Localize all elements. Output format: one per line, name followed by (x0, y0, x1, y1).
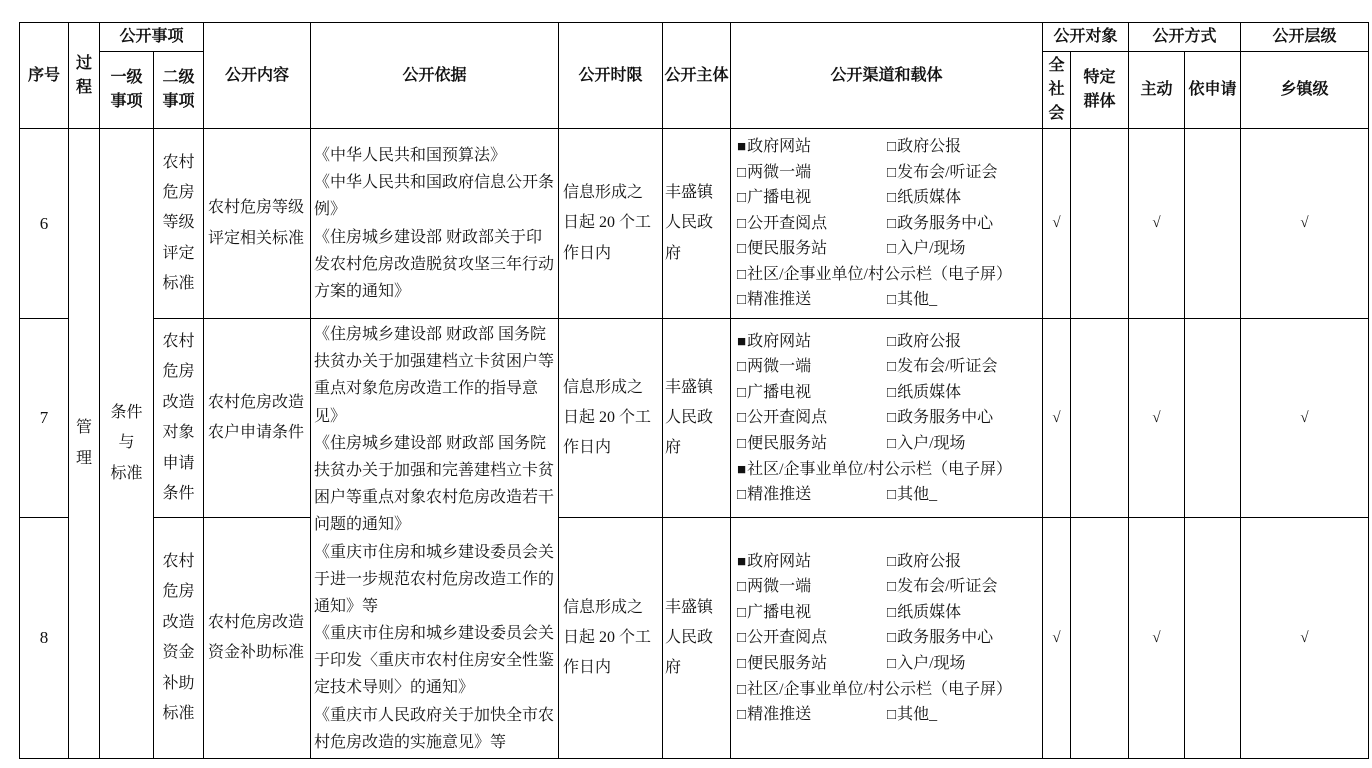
channel-option: ■社区/企事业单位/村公示栏（电子屏） (737, 457, 1042, 483)
channel-option: □政务服务中心 (887, 211, 1042, 237)
unchecked-checkbox-icon: □ (737, 190, 746, 206)
table-row-8: 8 农村 危房 改造 资金 补助 标准 农村危房改造 资金补助标准 信息形成之日… (20, 518, 1369, 759)
channel-option-label: 纸质媒体 (897, 384, 961, 401)
row7-target-all-check: √ (1043, 319, 1071, 518)
channel-option: □政府公报 (887, 329, 1042, 355)
row7-channels: ■政府网站□政府公报□两微一端□发布会/听证会□广播电视□纸质媒体□公开查阅点□… (731, 319, 1043, 518)
channel-option-label: 入户/现场 (897, 655, 965, 672)
channel-option-label: 其他_ (897, 291, 937, 308)
channel-option-label: 政务服务中心 (897, 409, 993, 426)
channel-option-label: 入户/现场 (897, 240, 965, 257)
row8-level2-item: 农村 危房 改造 资金 补助 标准 (154, 518, 204, 759)
channel-option-label: 公开查阅点 (747, 409, 827, 426)
row8-content: 农村危房改造 资金补助标准 (204, 518, 311, 759)
unchecked-checkbox-icon: □ (737, 630, 746, 646)
channel-option: □精准推送 (737, 287, 887, 313)
row7-level2-item: 农村 危房 改造 对象 申请 条件 (154, 319, 204, 518)
unchecked-checkbox-icon: □ (887, 707, 896, 723)
unchecked-checkbox-icon: □ (737, 292, 746, 308)
channel-option-label: 政务服务中心 (897, 629, 993, 646)
unchecked-checkbox-icon: □ (737, 707, 746, 723)
unchecked-checkbox-icon: □ (737, 579, 746, 595)
channel-option-label: 便民服务站 (747, 435, 827, 452)
unchecked-checkbox-icon: □ (737, 605, 746, 621)
channel-option: □入户/现场 (887, 431, 1042, 457)
header-level1-item: 一级 事项 (100, 52, 154, 129)
channel-option: □入户/现场 (887, 651, 1042, 677)
row7-mode-active-check: √ (1129, 319, 1185, 518)
header-mode-group: 公开方式 (1129, 23, 1241, 52)
channel-option: ■政府网站 (737, 329, 887, 355)
checked-checkbox-icon: ■ (737, 139, 746, 155)
header-target-specific: 特定 群体 (1071, 52, 1129, 129)
header-level-group: 公开层级 (1241, 23, 1369, 52)
row7-subject: 丰盛镇人民政府 (663, 319, 731, 518)
channel-option: □其他_ (887, 287, 1042, 313)
cell-level1-group: 条件与 标准 (100, 129, 154, 759)
row6-time-limit: 信息形成之日起 20 个工作日内 (559, 129, 663, 319)
unchecked-checkbox-icon: □ (887, 579, 896, 595)
channel-option: □广播电视 (737, 380, 887, 406)
channel-option: □纸质媒体 (887, 600, 1042, 626)
header-target-all: 全 社 会 (1043, 52, 1071, 129)
unchecked-checkbox-icon: □ (887, 292, 896, 308)
channel-option-label: 广播电视 (747, 189, 811, 206)
channel-option-label: 纸质媒体 (897, 189, 961, 206)
channel-option: □入户/现场 (887, 236, 1042, 262)
channel-option-label: 入户/现场 (897, 435, 965, 452)
channel-option-label: 社区/企事业单位/村公示栏（电子屏） (747, 266, 1012, 283)
channel-option: ■政府网站 (737, 134, 887, 160)
channel-option: □其他_ (887, 702, 1042, 728)
header-time-limit: 公开时限 (559, 23, 663, 129)
channel-option: □纸质媒体 (887, 380, 1042, 406)
channel-option: □便民服务站 (737, 651, 887, 677)
row8-subject: 丰盛镇人民政府 (663, 518, 731, 759)
header-open-items: 公开事项 (100, 23, 204, 52)
channel-option: □发布会/听证会 (887, 354, 1042, 380)
unchecked-checkbox-icon: □ (737, 436, 746, 452)
row6-target-specific-check (1071, 129, 1129, 319)
unchecked-checkbox-icon: □ (737, 241, 746, 257)
unchecked-checkbox-icon: □ (887, 139, 896, 155)
header-mode-request: 依申请 (1185, 52, 1241, 129)
checked-checkbox-icon: ■ (737, 334, 746, 350)
cell-process-group: 管 理 (69, 129, 100, 759)
channel-option: □两微一端 (737, 354, 887, 380)
channel-option: □广播电视 (737, 600, 887, 626)
channel-option-label: 广播电视 (747, 384, 811, 401)
header-level-town: 乡镇级 (1241, 52, 1369, 129)
channel-option: □便民服务站 (737, 236, 887, 262)
unchecked-checkbox-icon: □ (737, 682, 746, 698)
header-level2-item: 二级 事项 (154, 52, 204, 129)
header-basis: 公开依据 (311, 23, 559, 129)
channel-option-label: 政府网站 (747, 138, 811, 155)
channel-option: □其他_ (887, 482, 1042, 508)
channel-option: □纸质媒体 (887, 185, 1042, 211)
channel-option: □两微一端 (737, 160, 887, 186)
unchecked-checkbox-icon: □ (737, 410, 746, 426)
channel-option-label: 精准推送 (747, 486, 811, 503)
channel-option: □发布会/听证会 (887, 574, 1042, 600)
disclosure-table-document: 序号 过 程 公开事项 公开内容 公开依据 公开时限 公开主体 公开渠道和载体 … (19, 22, 1369, 759)
channel-option-label: 精准推送 (747, 291, 811, 308)
unchecked-checkbox-icon: □ (887, 630, 896, 646)
row6-level-town-check: √ (1241, 129, 1369, 319)
row6-content: 农村危房等级 评定相关标准 (204, 129, 311, 319)
channel-option-label: 公开查阅点 (747, 629, 827, 646)
row7-time-limit: 信息形成之日起 20 个工作日内 (559, 319, 663, 518)
row6-level2-item: 农村 危房 等级 评定 标准 (154, 129, 204, 319)
channel-option: □公开查阅点 (737, 625, 887, 651)
channel-option-label: 政府网站 (747, 553, 811, 570)
channel-option: □政府公报 (887, 549, 1042, 575)
table-row-7: 7 农村 危房 改造 对象 申请 条件 农村危房改造 农户申请条件 《住房城乡建… (20, 319, 1369, 518)
row6-basis: 《中华人民共和国预算法》 《中华人民共和国政府信息公开条例》 《住房城乡建设部 … (311, 129, 559, 319)
channel-option-label: 政府公报 (897, 333, 961, 350)
row7-level-town-check: √ (1241, 319, 1369, 518)
unchecked-checkbox-icon: □ (887, 656, 896, 672)
channel-option-label: 公开查阅点 (747, 215, 827, 232)
row8-mode-active-check: √ (1129, 518, 1185, 759)
row8-channels: ■政府网站□政府公报□两微一端□发布会/听证会□广播电视□纸质媒体□公开查阅点□… (731, 518, 1043, 759)
row8-target-all-check: √ (1043, 518, 1071, 759)
channel-option: □公开查阅点 (737, 405, 887, 431)
channel-option-label: 两微一端 (747, 358, 811, 375)
row7-seq: 7 (20, 319, 69, 518)
channel-option: □政务服务中心 (887, 405, 1042, 431)
channel-option-label: 发布会/听证会 (897, 358, 997, 375)
channel-option-label: 广播电视 (747, 604, 811, 621)
channel-option: □发布会/听证会 (887, 160, 1042, 186)
channel-option-label: 便民服务站 (747, 655, 827, 672)
channel-option-label: 便民服务站 (747, 240, 827, 257)
header-channels: 公开渠道和载体 (731, 23, 1043, 129)
channel-option: □广播电视 (737, 185, 887, 211)
header-target-group: 公开对象 (1043, 23, 1129, 52)
unchecked-checkbox-icon: □ (887, 190, 896, 206)
channel-option-label: 政府公报 (897, 553, 961, 570)
channel-option-label: 纸质媒体 (897, 604, 961, 621)
row8-mode-request-check (1185, 518, 1241, 759)
checked-checkbox-icon: ■ (737, 462, 746, 478)
unchecked-checkbox-icon: □ (737, 267, 746, 283)
channel-option-label: 两微一端 (747, 164, 811, 181)
row6-subject: 丰盛镇人民政府 (663, 129, 731, 319)
row8-level-town-check: √ (1241, 518, 1369, 759)
channel-option: ■政府网站 (737, 549, 887, 575)
row6-mode-active-check: √ (1129, 129, 1185, 319)
unchecked-checkbox-icon: □ (887, 554, 896, 570)
unchecked-checkbox-icon: □ (887, 410, 896, 426)
row6-mode-request-check (1185, 129, 1241, 319)
channel-option: □政务服务中心 (887, 625, 1042, 651)
row7-8-basis-merged: 《住房城乡建设部 财政部 国务院扶贫办关于加强建档立卡贫困户等重点对象危房改造工… (311, 319, 559, 759)
header-content: 公开内容 (204, 23, 311, 129)
unchecked-checkbox-icon: □ (887, 216, 896, 232)
row7-content: 农村危房改造 农户申请条件 (204, 319, 311, 518)
row7-mode-request-check (1185, 319, 1241, 518)
channel-option: □公开查阅点 (737, 211, 887, 237)
row8-time-limit: 信息形成之日起 20 个工作日内 (559, 518, 663, 759)
channel-option: □社区/企事业单位/村公示栏（电子屏） (737, 677, 1042, 703)
channel-option-label: 社区/企事业单位/村公示栏（电子屏） (747, 681, 1012, 698)
unchecked-checkbox-icon: □ (737, 385, 746, 401)
channel-option-label: 发布会/听证会 (897, 578, 997, 595)
channel-option: □两微一端 (737, 574, 887, 600)
channel-option: □精准推送 (737, 482, 887, 508)
header-mode-active: 主动 (1129, 52, 1185, 129)
unchecked-checkbox-icon: □ (887, 359, 896, 375)
table-row-6: 6 管 理 条件与 标准 农村 危房 等级 评定 标准 农村危房等级 评定相关标… (20, 129, 1369, 319)
channel-option: □政府公报 (887, 134, 1042, 160)
row8-target-specific-check (1071, 518, 1129, 759)
channel-option: □社区/企事业单位/村公示栏（电子屏） (737, 262, 1042, 288)
channel-option-label: 精准推送 (747, 706, 811, 723)
unchecked-checkbox-icon: □ (737, 359, 746, 375)
header-process: 过 程 (69, 23, 100, 129)
unchecked-checkbox-icon: □ (887, 436, 896, 452)
unchecked-checkbox-icon: □ (887, 241, 896, 257)
unchecked-checkbox-icon: □ (737, 487, 746, 503)
header-seq: 序号 (20, 23, 69, 129)
unchecked-checkbox-icon: □ (887, 165, 896, 181)
unchecked-checkbox-icon: □ (737, 656, 746, 672)
row6-channels: ■政府网站□政府公报□两微一端□发布会/听证会□广播电视□纸质媒体□公开查阅点□… (731, 129, 1043, 319)
channel-option: □便民服务站 (737, 431, 887, 457)
header-subject: 公开主体 (663, 23, 731, 129)
channel-option-label: 两微一端 (747, 578, 811, 595)
checked-checkbox-icon: ■ (737, 554, 746, 570)
unchecked-checkbox-icon: □ (887, 334, 896, 350)
row8-seq: 8 (20, 518, 69, 759)
unchecked-checkbox-icon: □ (887, 605, 896, 621)
unchecked-checkbox-icon: □ (887, 385, 896, 401)
unchecked-checkbox-icon: □ (737, 216, 746, 232)
row6-target-all-check: √ (1043, 129, 1071, 319)
channel-option-label: 其他_ (897, 706, 937, 723)
channel-option-label: 社区/企事业单位/村公示栏（电子屏） (747, 461, 1012, 478)
row7-target-specific-check (1071, 319, 1129, 518)
channel-option-label: 发布会/听证会 (897, 164, 997, 181)
channel-option-label: 其他_ (897, 486, 937, 503)
document-table: 序号 过 程 公开事项 公开内容 公开依据 公开时限 公开主体 公开渠道和载体 … (19, 22, 1369, 759)
unchecked-checkbox-icon: □ (887, 487, 896, 503)
channel-option: □精准推送 (737, 702, 887, 728)
channel-option-label: 政务服务中心 (897, 215, 993, 232)
channel-option-label: 政府网站 (747, 333, 811, 350)
row6-seq: 6 (20, 129, 69, 319)
channel-option-label: 政府公报 (897, 138, 961, 155)
unchecked-checkbox-icon: □ (737, 165, 746, 181)
